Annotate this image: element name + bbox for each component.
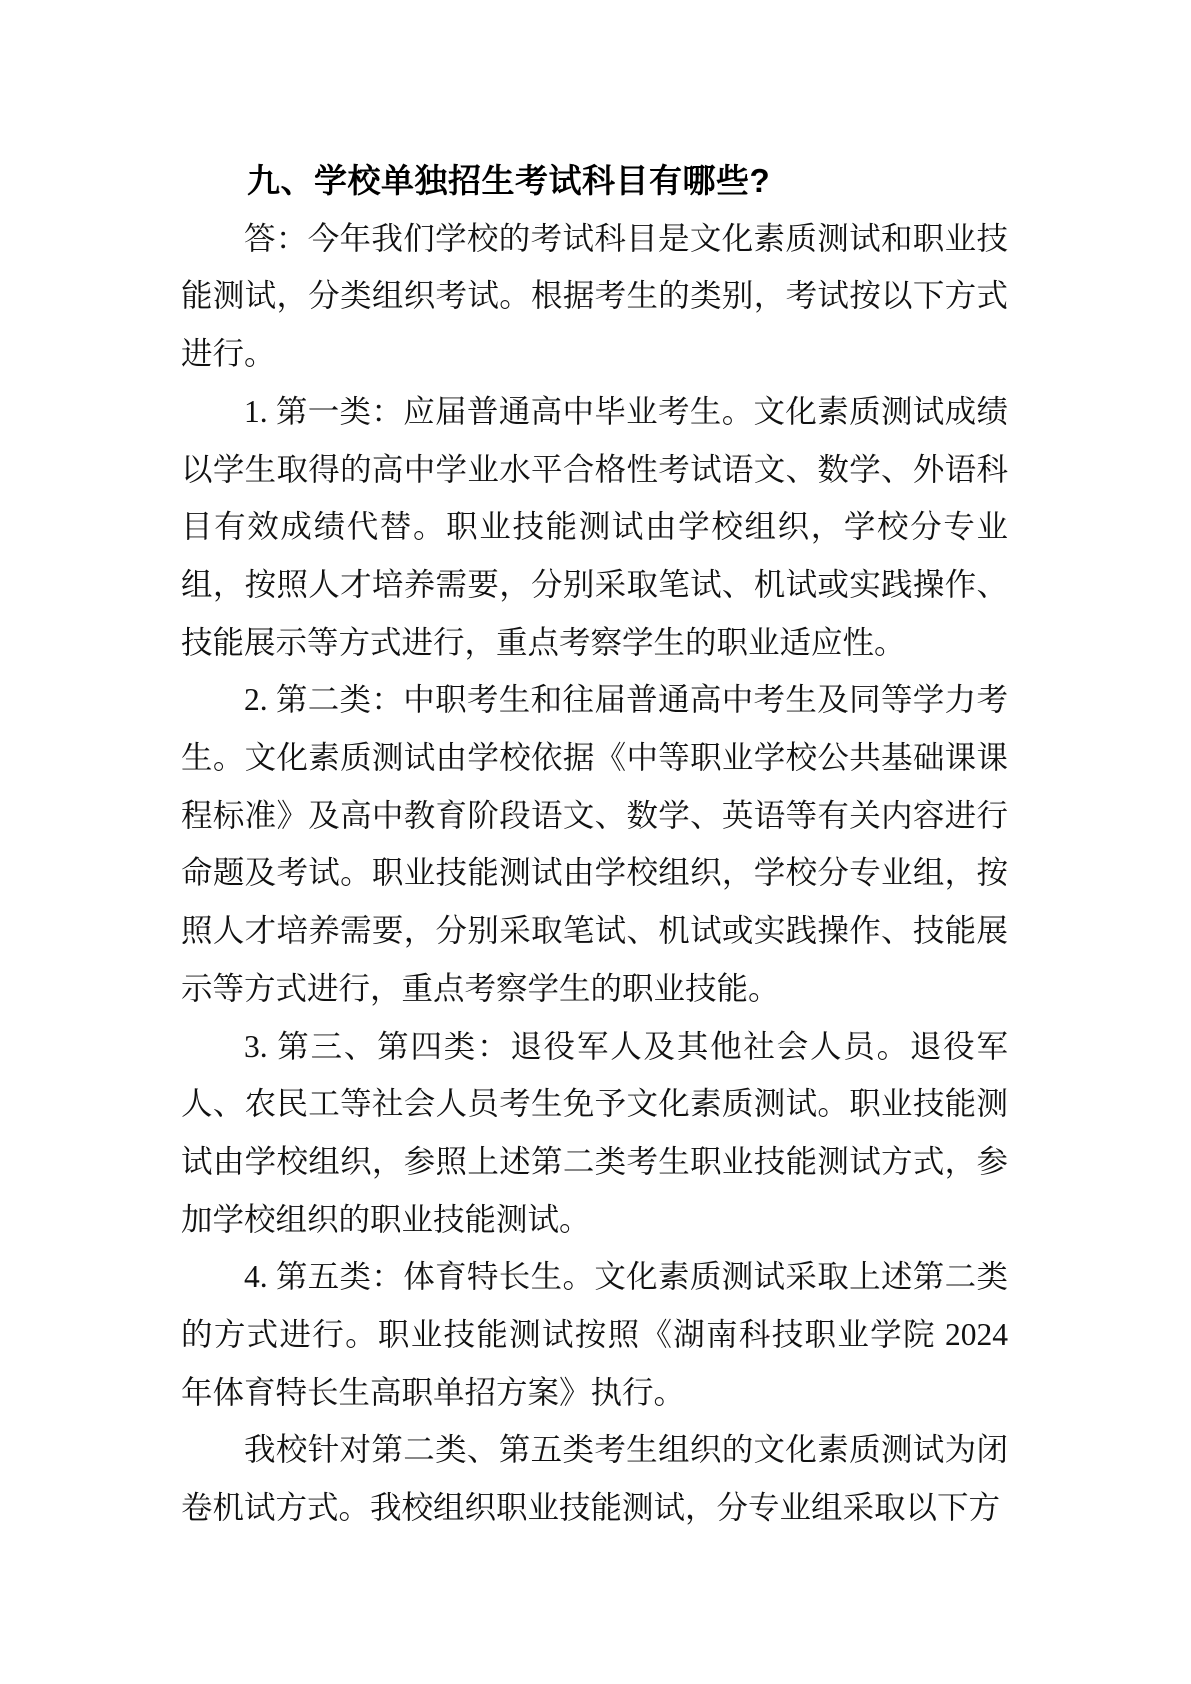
document-body: 九、学校单独招生考试科目有哪些? 答：今年我们学校的考试科目是文化素质测试和职业… <box>181 152 1008 1537</box>
category-2-paragraph: 2. 第二类：中职考生和往届普通高中考生及同等学力考生。文化素质测试由学校依据《… <box>181 671 1008 1017</box>
closing-paragraph: 我校针对第二类、第五类考生组织的文化素质测试为闭卷机试方式。我校组织职业技能测试… <box>181 1421 1008 1536</box>
question-heading: 九、学校单独招生考试科目有哪些? <box>181 152 1008 210</box>
document-page: 九、学校单独招生考试科目有哪些? 答：今年我们学校的考试科目是文化素质测试和职业… <box>0 0 1191 1684</box>
category-3-4-paragraph: 3. 第三、第四类：退役军人及其他社会人员。退役军人、农民工等社会人员考生免予文… <box>181 1018 1008 1249</box>
category-5-paragraph: 4. 第五类：体育特长生。文化素质测试采取上述第二类的方式进行。职业技能测试按照… <box>181 1248 1008 1421</box>
answer-intro-paragraph: 答：今年我们学校的考试科目是文化素质测试和职业技能测试，分类组织考试。根据考生的… <box>181 210 1008 383</box>
category-1-paragraph: 1. 第一类：应届普通高中毕业考生。文化素质测试成绩以学生取得的高中学业水平合格… <box>181 383 1008 672</box>
